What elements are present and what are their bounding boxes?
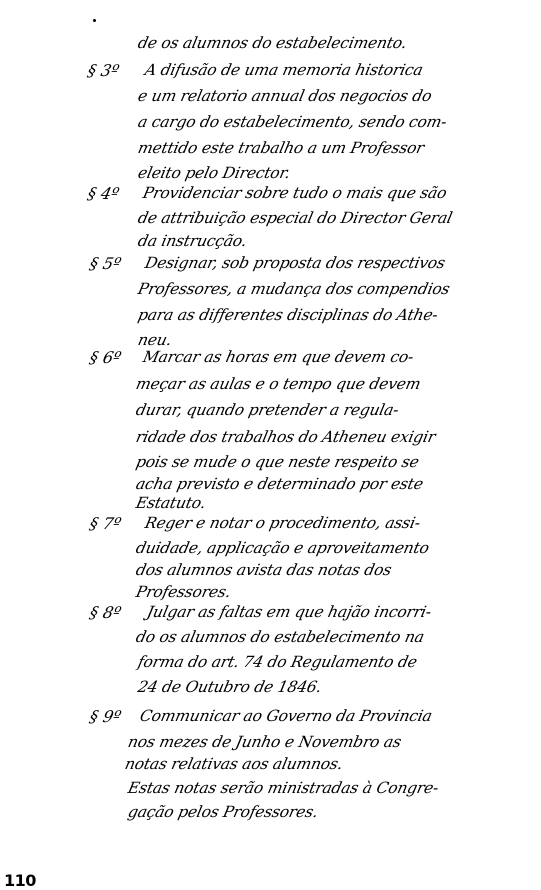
item-5-line-1: Designar, sob proposta dos respectivos xyxy=(143,256,446,272)
item-6-line-4: ridade dos trabalhos do Atheneu exigir xyxy=(134,430,436,446)
manuscript-page: de os alumnos do estabelecimento. § 3º A… xyxy=(0,0,541,890)
item-label-8: § 8º xyxy=(88,605,122,621)
page-number: 110 xyxy=(4,871,36,890)
scan-speck xyxy=(93,19,96,22)
continuation-line: de os alumnos do estabelecimento. xyxy=(136,36,408,52)
item-label-7: § 7º xyxy=(88,516,122,532)
item-8-line-3: forma do art. 74 do Regulamento de xyxy=(136,655,418,671)
item-8-line-1: Julgar as faltas em que hajão incorri- xyxy=(145,605,432,621)
item-4-line-3: da instrucção. xyxy=(136,234,248,250)
item-3-line-5: eleito pelo Director. xyxy=(136,166,291,182)
item-9-line-1: Communicar ao Governo da Provincia xyxy=(138,709,433,725)
item-4-line-1: Providenciar sobre tudo o mais que são xyxy=(141,186,448,202)
item-5-line-3: para as differentes disciplinas do Athe- xyxy=(136,308,439,324)
item-3-line-3: a cargo do estabelecimento, sendo com- xyxy=(136,115,448,131)
item-9-line-3: notas relativas aos alumnos. xyxy=(123,757,344,773)
item-5-line-2: Professores, a mudança dos compendios xyxy=(136,282,451,298)
item-4-line-2: de attribuição especial do Director Gera… xyxy=(136,211,453,227)
item-7-line-2: duidade, applicação e aproveitamento xyxy=(134,541,430,557)
item-label-3: § 3º xyxy=(86,63,120,79)
item-6-line-3: durar, quando pretender a regula- xyxy=(134,403,400,419)
item-3-line-4: mettido este trabalho a um Professor xyxy=(136,141,425,157)
item-8-line-2: do os alumnos do estabelecimento na xyxy=(134,630,425,646)
item-label-6: § 6º xyxy=(88,350,122,366)
item-3-line-2: e um relatorio annual dos negocios do xyxy=(136,89,433,105)
item-label-5: § 5º xyxy=(88,256,122,272)
item-7-line-3: dos alumnos avista das notas dos xyxy=(134,563,392,579)
item-8-line-4: 24 de Outubro de 1846. xyxy=(136,680,322,696)
item-7-line-4: Professores. xyxy=(134,585,232,601)
item-6-line-6: acha previsto e determinado por este xyxy=(134,477,424,493)
item-9-line-4: Estas notas serão ministradas à Congre- xyxy=(126,781,439,797)
item-5-line-4: neu. xyxy=(136,333,173,349)
item-3-line-1: A difusão de uma memoria historica xyxy=(143,63,424,79)
item-label-9: § 9º xyxy=(88,709,122,725)
item-6-line-5: pois se mude o que neste respeito se xyxy=(134,455,420,471)
item-9-line-2: nos mezes de Junho e Novembro as xyxy=(126,735,402,751)
item-6-line-2: meçar as aulas e o tempo que devem xyxy=(134,377,421,393)
item-7-line-1: Reger e notar o procedimento, assi- xyxy=(143,516,421,532)
item-6-line-7: Estatuto. xyxy=(134,496,207,512)
item-label-4: § 4º xyxy=(86,186,120,202)
item-9-line-5: gação pelos Professores. xyxy=(126,805,319,821)
item-6-line-1: Marcar as horas em que devem co- xyxy=(141,350,414,366)
